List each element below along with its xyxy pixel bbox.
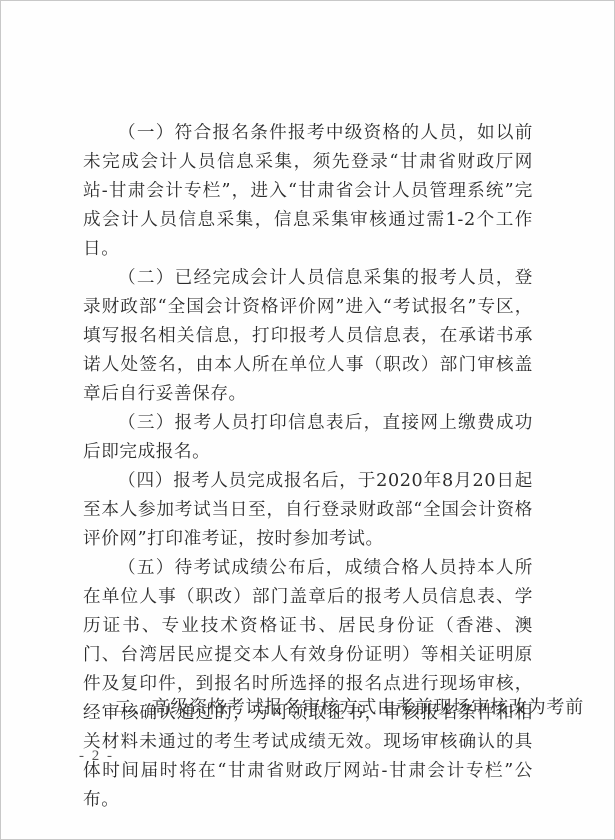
paragraph-item-5: （五）待考试成绩公布后，成绩合格人员持本人所在单位人事（职改）部门盖章后的报考人… — [83, 554, 533, 815]
page-number: - 2 - — [79, 746, 114, 766]
section-heading: 二、高级资格考试报名审核方式由考前现场审核改为考前 — [114, 693, 544, 722]
document-page: （一）符合报名条件报考中级资格的人员，如以前未完成会计人员信息采集，须先登录“甘… — [0, 0, 615, 840]
paragraph-item-2: （二）已经完成会计人员信息采集的报考人员，登录财政部“全国会计资格评价网”进入“… — [83, 264, 533, 409]
paragraph-item-3: （三）报考人员打印信息表后，直接网上缴费成功后即完成报名。 — [83, 409, 533, 467]
paragraph-item-1: （一）符合报名条件报考中级资格的人员，如以前未完成会计人员信息采集，须先登录“甘… — [83, 119, 533, 264]
paragraph-item-4: （四）报考人员完成报名后，于2020年8月20日起至本人参加考试当日至，自行登录… — [83, 467, 533, 554]
